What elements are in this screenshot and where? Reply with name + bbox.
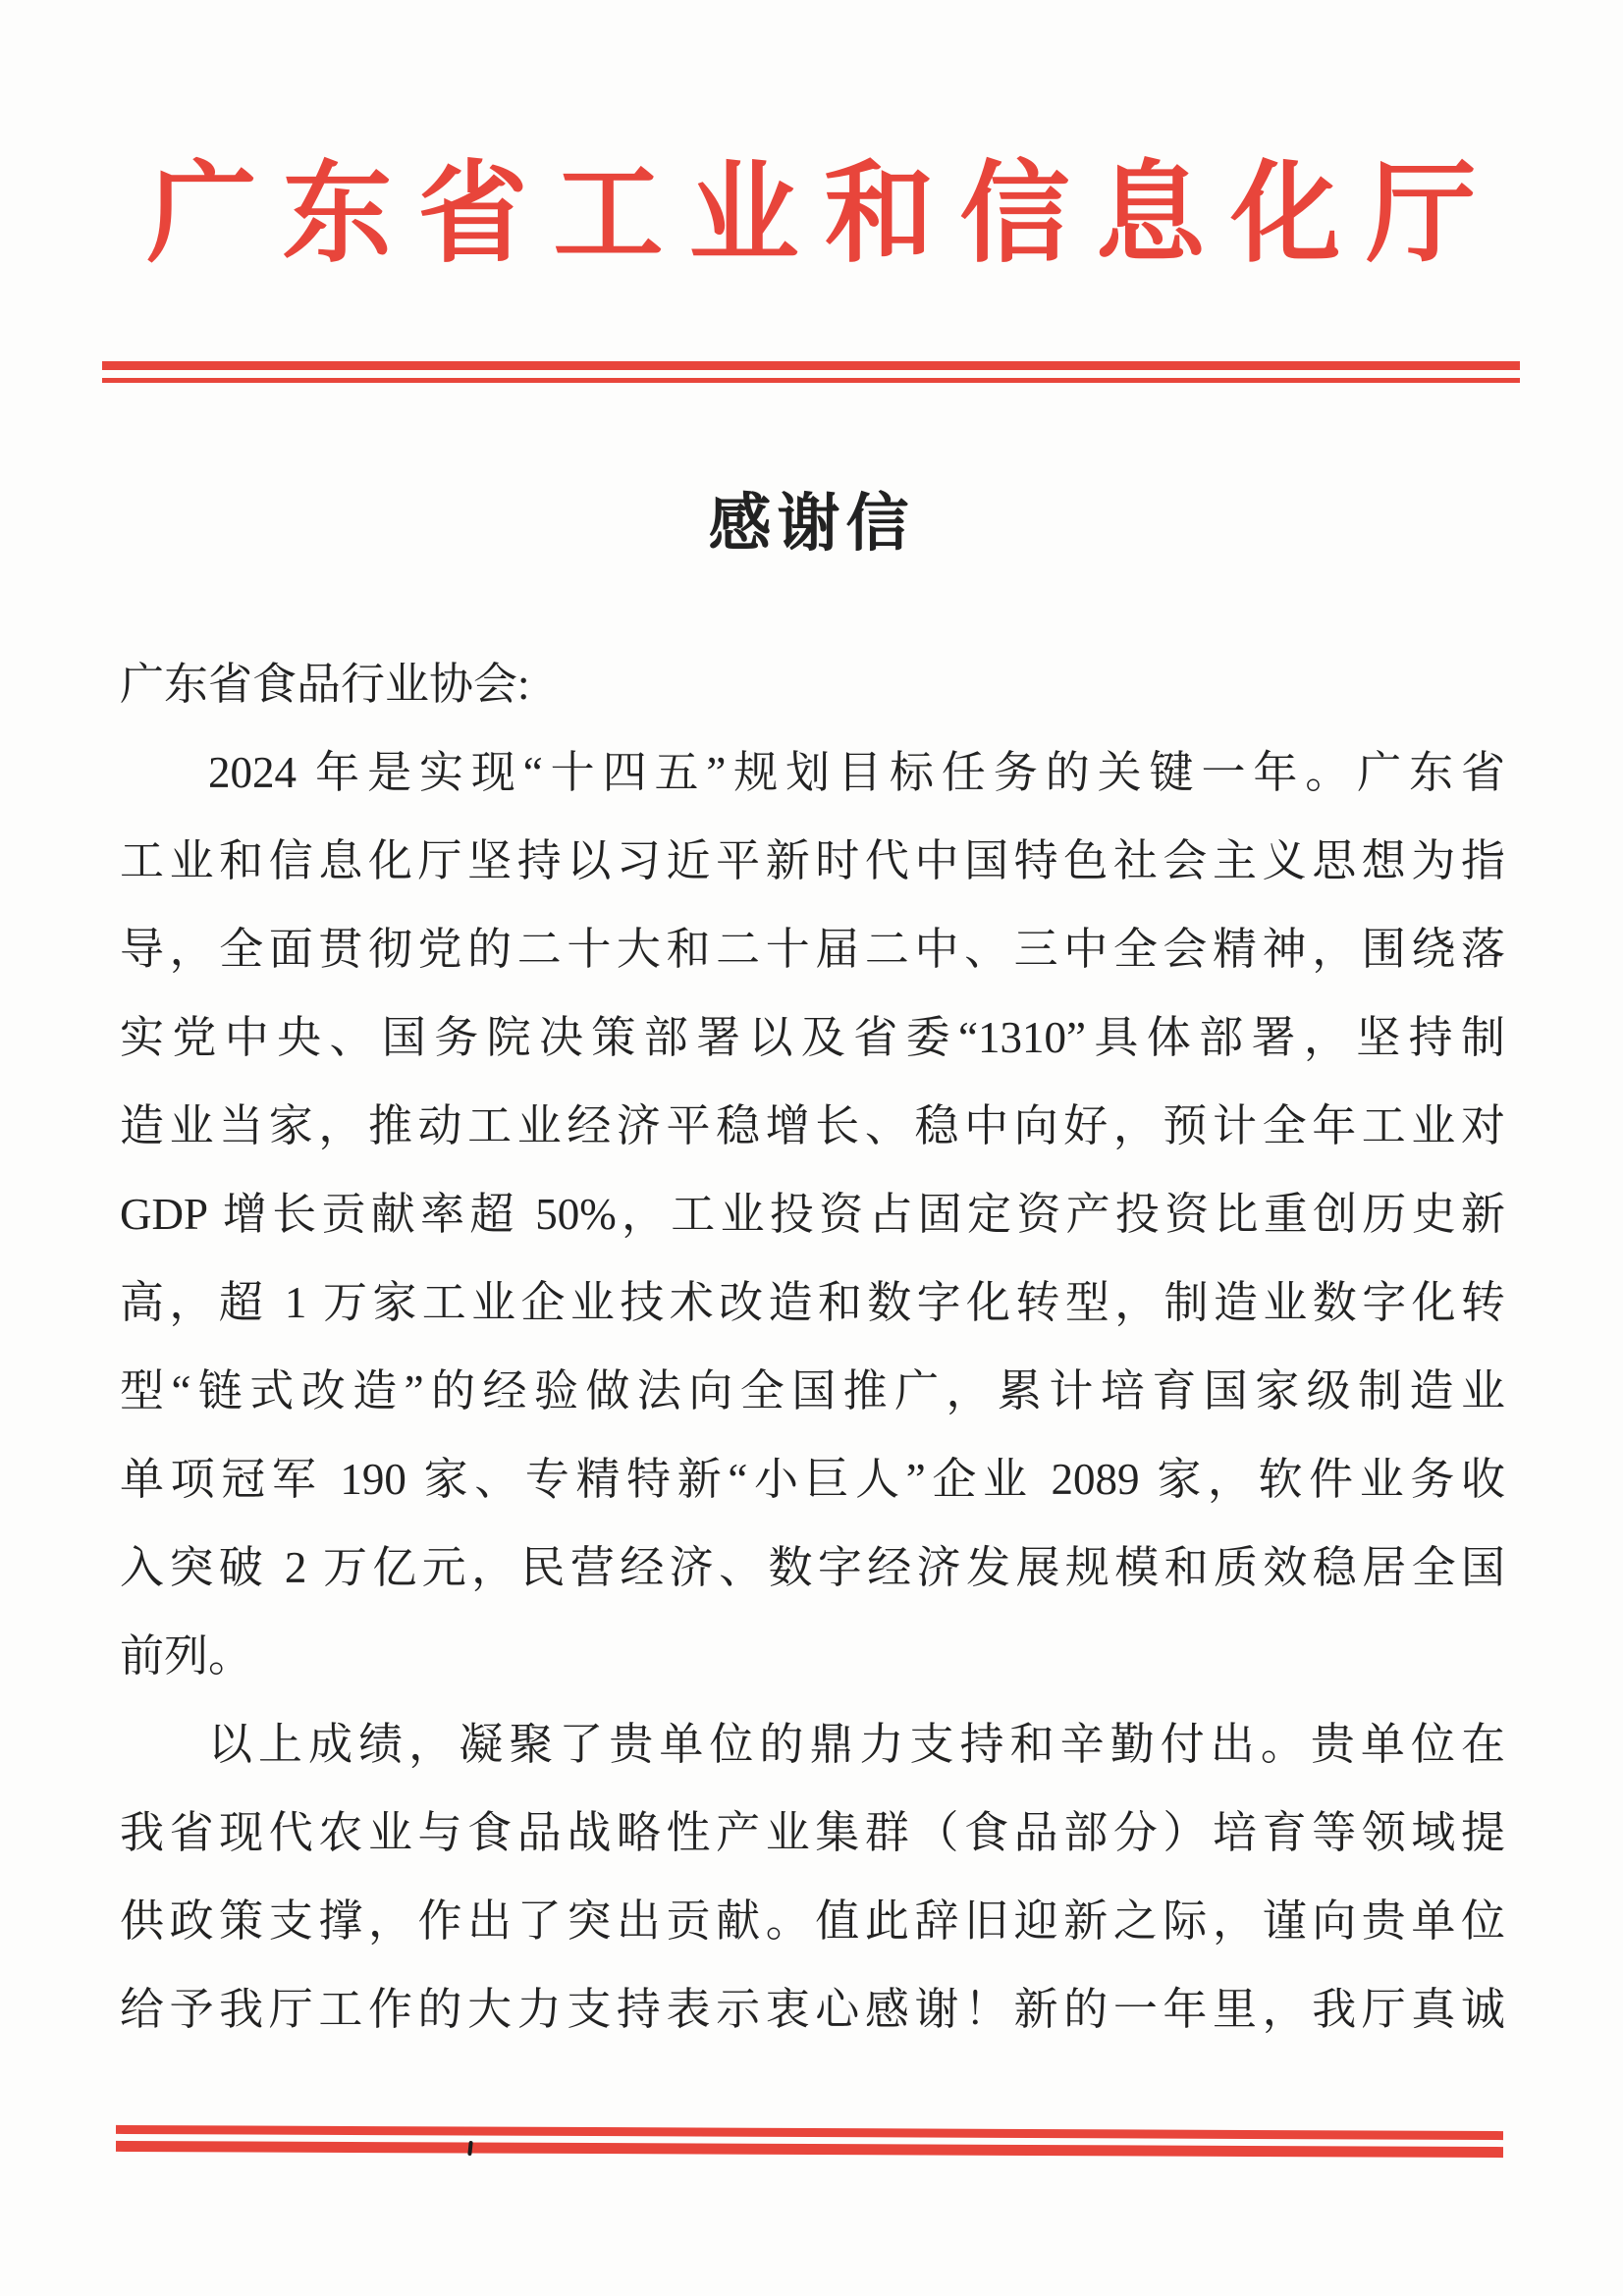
paragraph1-line-8: 型“链式改造”的经验做法向全国推广，累计培育国家级制造业 <box>120 1347 1505 1435</box>
footer-rule-bottom <box>116 2141 1503 2158</box>
paragraph1-line-3: 导，全面贯彻党的二十大和二十届二中、三中全会精神，围绕落 <box>120 905 1505 993</box>
salutation: 广东省食品行业协会: <box>120 640 1505 728</box>
paragraph1-line-11: 前列。 <box>120 1612 1505 1700</box>
paragraph1-line-10: 入突破 2 万亿元，民营经济、数字经济发展规模和质效稳居全国 <box>120 1523 1505 1612</box>
org-name-title: 广东省工业和信息化厅 <box>0 126 1623 284</box>
letterhead-rule-thin <box>102 378 1520 383</box>
paragraph2-line-3: 供政策支撑，作出了突出贡献。值此辞旧迎新之际，谨向贵单位 <box>120 1877 1505 1965</box>
paragraph1-line-1: 2024 年是实现“十四五”规划目标任务的关键一年。广东省 <box>120 728 1505 817</box>
scanned-letter-page: 广东省工业和信息化厅 感谢信 广东省食品行业协会: 2024 年是实现“十四五”… <box>0 0 1623 2296</box>
letterhead-rule-thick <box>102 361 1520 370</box>
paragraph1-line-5: 造业当家，推动工业经济平稳增长、稳中向好，预计全年工业对 <box>120 1082 1505 1170</box>
scan-artifact-speck <box>467 2141 473 2156</box>
paragraph2-line-1: 以上成绩，凝聚了贵单位的鼎力支持和辛勤付出。贵单位在 <box>120 1700 1505 1789</box>
paragraph1-line-6: GDP 增长贡献率超 50%，工业投资占固定资产投资比重创历史新 <box>120 1170 1505 1258</box>
paragraph1-line-2: 工业和信息化厅坚持以习近平新时代中国特色社会主义思想为指 <box>120 817 1505 905</box>
paragraph1-line-7: 高，超 1 万家工业企业技术改造和数字化转型，制造业数字化转 <box>120 1258 1505 1347</box>
footer-rule-top <box>116 2125 1503 2140</box>
paragraph1-line-9: 单项冠军 190 家、专精特新“小巨人”企业 2089 家，软件业务收 <box>120 1435 1505 1523</box>
paragraph1-line-4: 实党中央、国务院决策部署以及省委“1310”具体部署，坚持制 <box>120 993 1505 1082</box>
paragraph2-line-2: 我省现代农业与食品战略性产业集群（食品部分）培育等领域提 <box>120 1789 1505 1877</box>
paragraph2-line-4: 给予我厅工作的大力支持表示衷心感谢！新的一年里，我厅真诚 <box>120 1965 1505 2054</box>
document-title: 感谢信 <box>0 473 1623 563</box>
letter-body: 广东省食品行业协会: 2024 年是实现“十四五”规划目标任务的关键一年。广东省… <box>120 640 1505 2054</box>
